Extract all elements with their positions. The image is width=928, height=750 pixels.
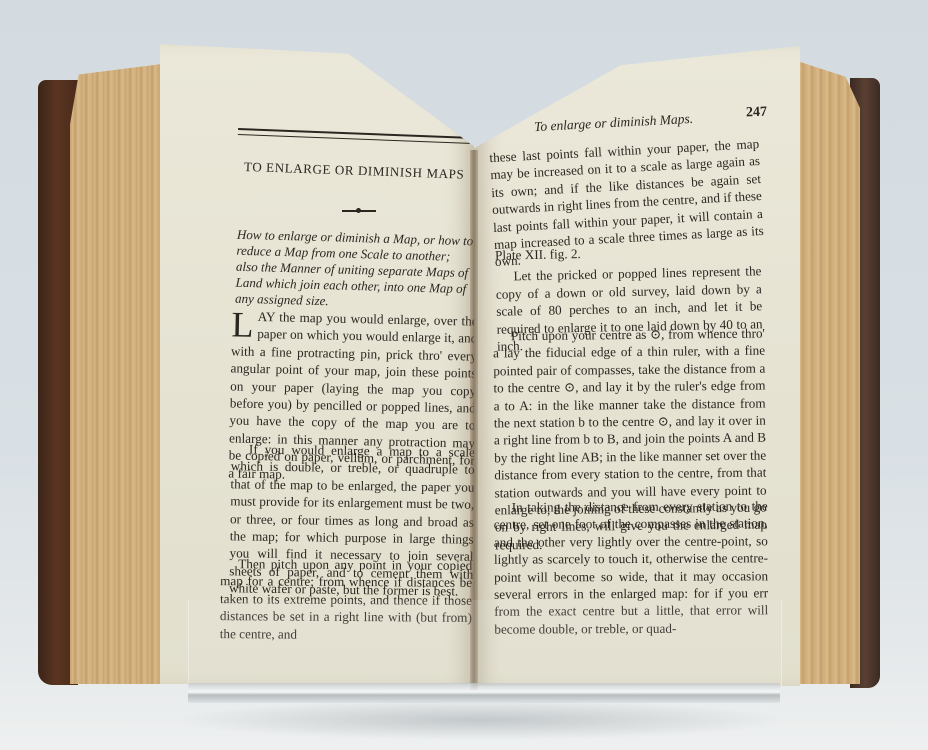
page-number: 247 [746,104,768,122]
chapter-title: To Enlarge or Diminish Maps [244,158,474,183]
drop-cap: L [231,309,254,339]
header-rule [238,128,470,144]
book-photo-scene: To Enlarge or Diminish Maps How to enlar… [0,0,928,750]
stand-shadow [170,700,790,740]
chapter-summary: How to enlarge or diminish a Map, or how… [235,227,474,314]
left-page: To Enlarge or Diminish Maps How to enlar… [160,44,474,684]
acrylic-stand [188,683,780,703]
running-head: To enlarge or diminish Maps. [534,110,694,136]
right-page: To enlarge or diminish Maps. 247 these l… [474,46,800,686]
acrylic-stand-lip [188,600,782,686]
ornament-divider [342,210,376,216]
